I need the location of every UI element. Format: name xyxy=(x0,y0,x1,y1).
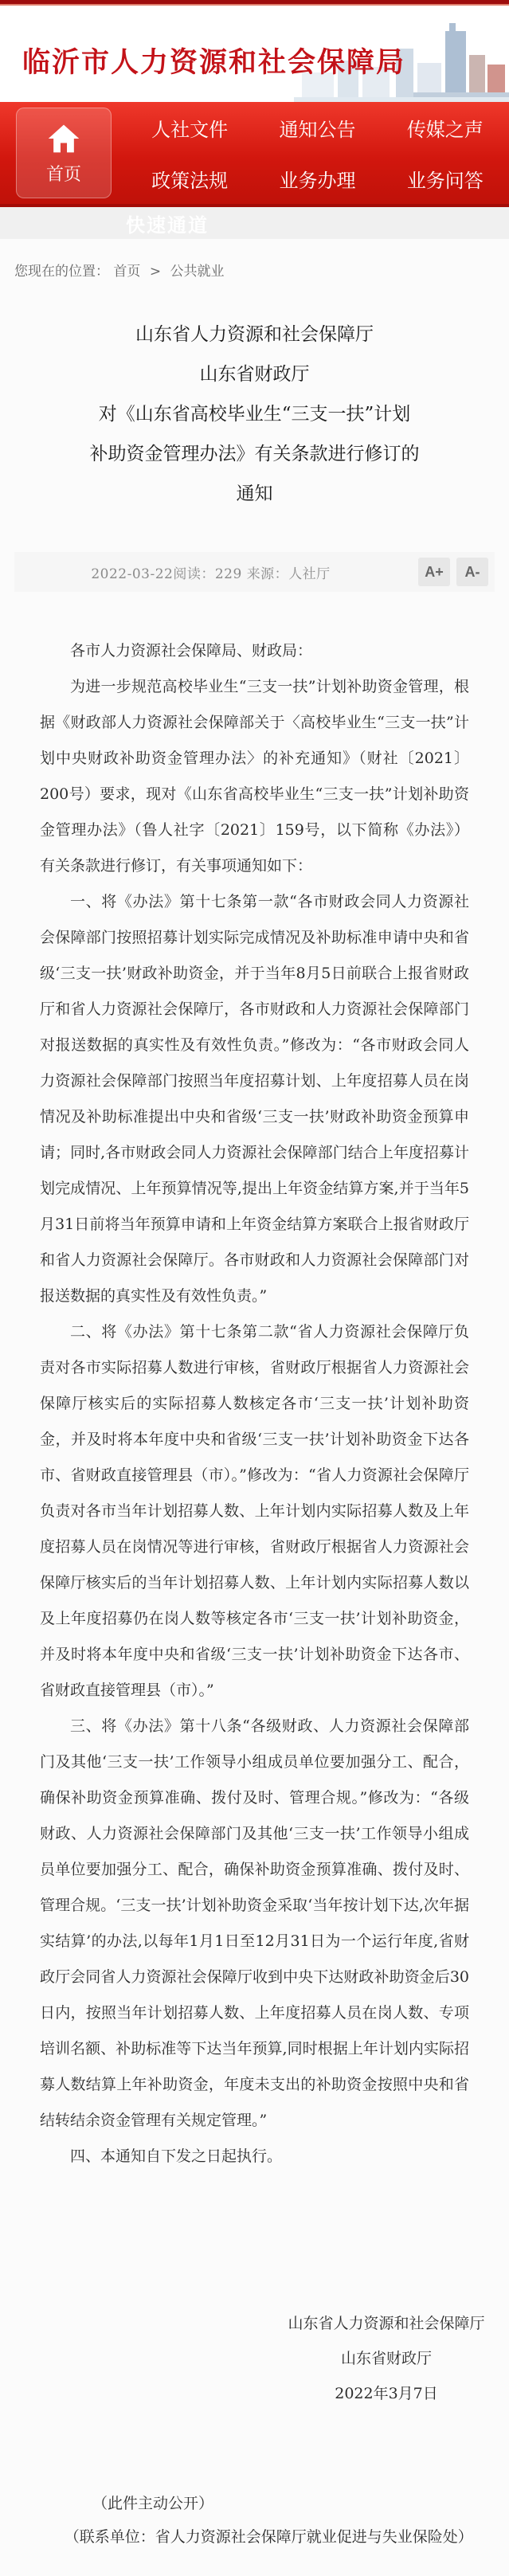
breadcrumb-current-link[interactable]: 公共就业 xyxy=(170,264,224,280)
article-notes: （此件主动公开） （联系单位：省人力资源社会保障厅就业促进与失业保险处） xyxy=(0,2487,509,2554)
nav-item-services[interactable]: 业务办理 xyxy=(253,153,381,204)
main-nav: 首页 人社文件 通知公告 传媒之声 政策法规 业务办理 业务问答 xyxy=(0,102,509,204)
signature-org: 山东省财政厅 xyxy=(267,2341,506,2376)
article-meta-text: 2022-03-22阅读：229 来源：人社厅 xyxy=(91,562,417,582)
breadcrumb-separator: > xyxy=(150,264,161,280)
title-line: 山东省财政厅 xyxy=(22,354,487,394)
article-paragraph: 一、将《办法》第十七条第一款“各市财政会同人力资源社会保障部门按照招募计划实际完… xyxy=(40,884,469,1314)
article-meta-bar: 2022-03-22阅读：229 来源：人社厅 A+ A- xyxy=(14,552,495,592)
signature-date: 2022年3月7日 xyxy=(267,2376,506,2411)
title-line: 对《山东省高校毕业生“三支一扶”计划 xyxy=(22,394,487,434)
note-contact-unit: （联系单位：省人力资源社会保障厅就业促进与失业保险处） xyxy=(16,2520,493,2554)
source-value: 人社厅 xyxy=(288,566,331,582)
font-increase-button[interactable]: A+ xyxy=(418,558,450,586)
page-content: 快速通道 您现在的位置： 首页 > 公共就业 山东省人力资源和社会保障厅 山东省… xyxy=(0,207,509,2576)
article-title: 山东省人力资源和社会保障厅 山东省财政厅 对《山东省高校毕业生“三支一扶”计划 … xyxy=(0,315,509,514)
breadcrumb-prefix: 您现在的位置： xyxy=(14,264,109,280)
read-count: 229 xyxy=(215,566,242,582)
article-date: 2022-03-22 xyxy=(91,566,173,582)
article-paragraph: 为进一步规范高校毕业生“三支一扶”计划补助资金管理，根据《财政部人力资源社会保障… xyxy=(40,669,469,884)
title-line: 通知 xyxy=(22,474,487,514)
breadcrumb-home-link[interactable]: 首页 xyxy=(113,264,140,280)
title-line: 山东省人力资源和社会保障厅 xyxy=(22,315,487,354)
signature-org: 山东省人力资源和社会保障厅 xyxy=(267,2306,506,2341)
top-bar xyxy=(0,0,509,6)
nav-home-label: 首页 xyxy=(46,161,81,186)
nav-item-home[interactable]: 首页 xyxy=(16,108,112,198)
article-paragraph: 各市人力资源社会保障局、财政局： xyxy=(40,633,469,669)
nav-item-notices[interactable]: 通知公告 xyxy=(253,102,381,153)
site-banner: 临沂市人力资源和社会保障局 xyxy=(0,6,509,102)
nav-item-policies[interactable]: 政策法规 xyxy=(126,153,253,204)
nav-item-hr-documents[interactable]: 人社文件 xyxy=(126,102,253,153)
signature-block: 山东省人力资源和社会保障厅 山东省财政厅 2022年3月7日 xyxy=(267,2306,506,2411)
quick-channel-label: 快速通道 xyxy=(0,207,509,239)
read-label: 阅读： xyxy=(173,566,215,582)
source-label: 来源： xyxy=(247,566,289,582)
article-paragraph: 四、本通知自下发之日起执行。 xyxy=(40,2139,469,2175)
article-paragraph: 二、将《办法》第十七条第二款“省人力资源社会保障厅负责对各市实际招募人数进行审核… xyxy=(40,1314,469,1709)
nav-item-media-voice[interactable]: 传媒之声 xyxy=(382,102,509,153)
font-decrease-button[interactable]: A- xyxy=(456,558,488,586)
article-paragraph: 三、将《办法》第十八条“各级财政、人力资源社会保障部门及其他‘三支一扶’工作领导… xyxy=(40,1709,469,2139)
article-body: 各市人力资源社会保障局、财政局： 为进一步规范高校毕业生“三支一扶”计划补助资金… xyxy=(0,633,509,2175)
home-icon xyxy=(45,121,82,156)
note-public-disclosure: （此件主动公开） xyxy=(92,2487,493,2520)
title-line: 补助资金管理办法》有关条款进行修订的 xyxy=(22,434,487,474)
site-title: 临沂市人力资源和社会保障局 xyxy=(22,41,405,80)
nav-item-qa[interactable]: 业务问答 xyxy=(382,153,509,204)
nav-menu: 人社文件 通知公告 传媒之声 政策法规 业务办理 业务问答 xyxy=(126,102,509,204)
breadcrumb: 您现在的位置： 首页 > 公共就业 xyxy=(0,239,509,280)
